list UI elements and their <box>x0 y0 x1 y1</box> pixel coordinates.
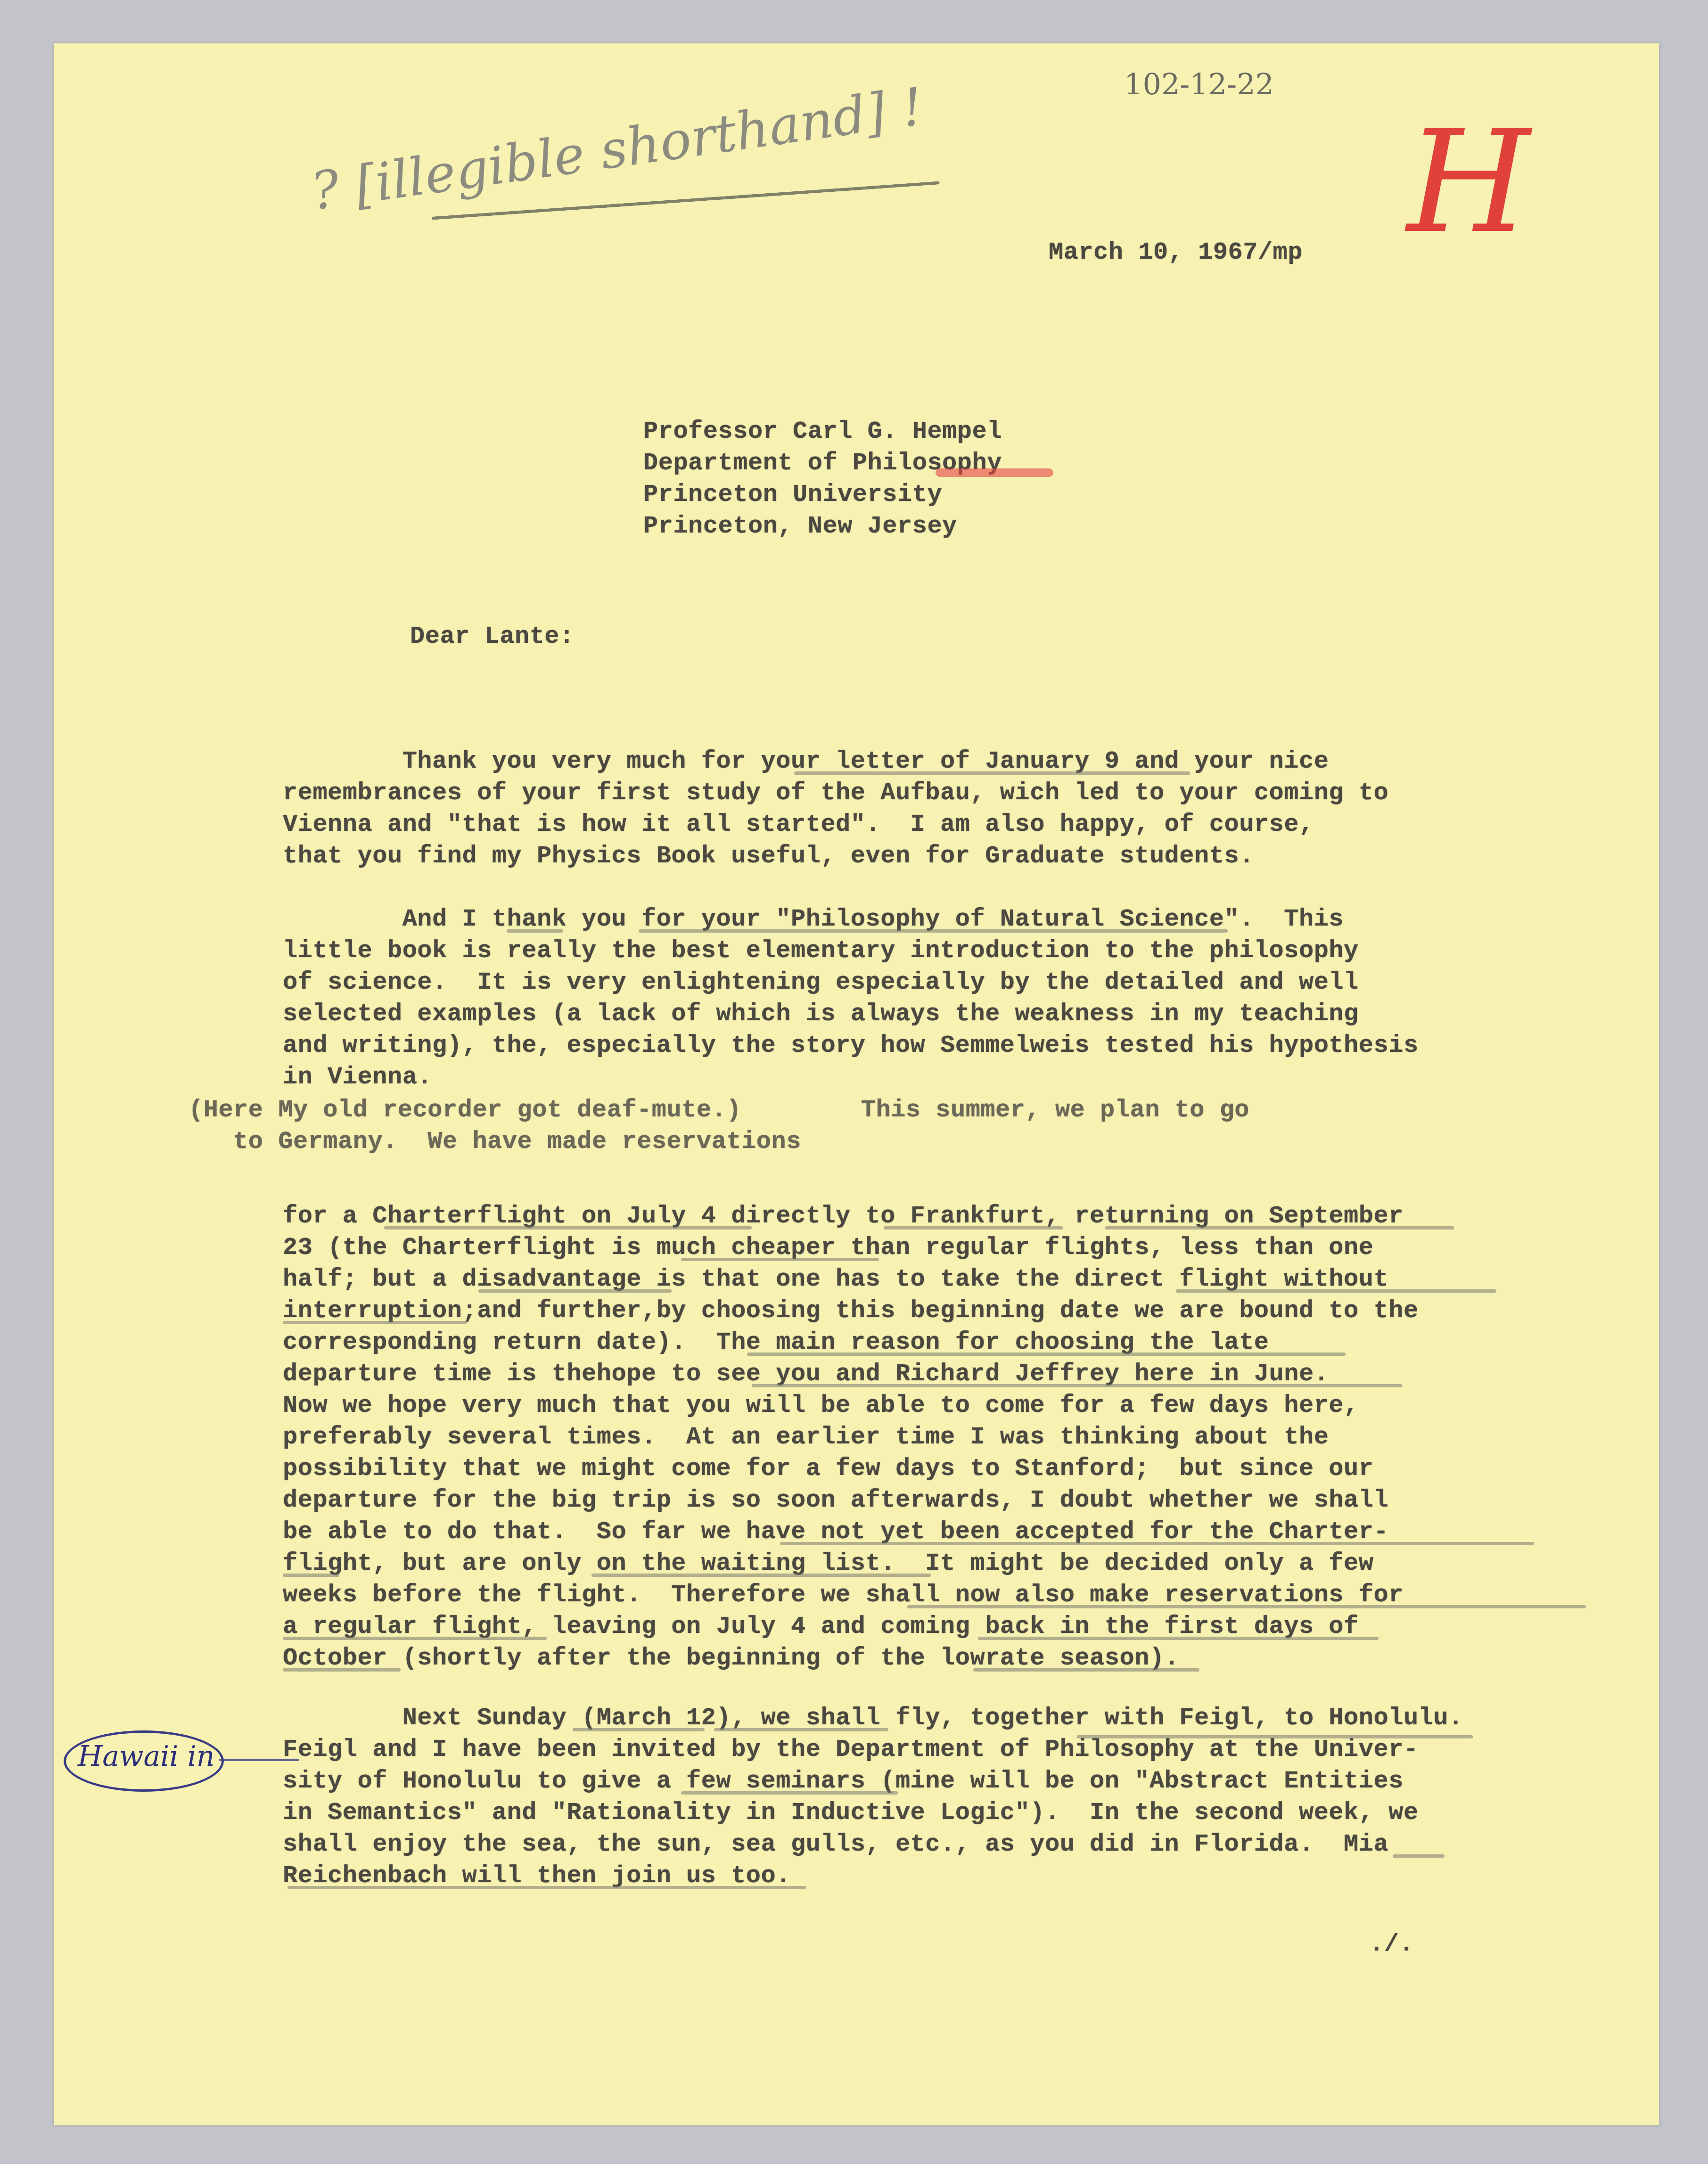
pencil-underline <box>973 1668 1199 1672</box>
margin-note-connector <box>219 1759 299 1761</box>
margin-note-text: Hawaii in <box>78 1740 215 1773</box>
red-letter-mark: H <box>1407 100 1530 264</box>
recipient-line-4: Princeton, New Jersey <box>643 510 957 542</box>
pencil-underline <box>794 771 1190 775</box>
paragraph-line: remembrances of your first study of the … <box>283 777 1388 809</box>
pencil-underline <box>747 1352 1346 1356</box>
pencil-underline <box>283 1321 467 1324</box>
pencil-underline <box>478 1289 672 1293</box>
salutation: Dear Lante: <box>410 621 575 652</box>
pencil-underline <box>639 929 1228 933</box>
pencil-underline <box>1105 1226 1454 1230</box>
paragraph-line: departure for the big trip is so soon af… <box>283 1484 1388 1516</box>
pencil-underline <box>714 1728 888 1731</box>
pencil-underline <box>1077 1735 1473 1738</box>
paragraph-line: in Semantics" and "Rationality in Induct… <box>283 1797 1419 1828</box>
paragraph-line: to Germany. We have made reservations <box>189 1126 801 1157</box>
paragraph-line: shall enjoy the sea, the sun, sea gulls,… <box>283 1828 1388 1860</box>
date-line: March 10, 1967/mp <box>1049 237 1303 268</box>
recipient-line-1: Professor Carl G. Hempel <box>643 416 1002 447</box>
letter-page: ? [illegible shorthand] ! 102-12-22 H Ma… <box>54 43 1659 2125</box>
pencil-underline <box>681 1791 898 1795</box>
pencil-underline <box>384 1226 752 1230</box>
pencil-underline <box>573 1728 705 1731</box>
paragraph-line: Vienna and "that is how it all started".… <box>283 809 1314 840</box>
pencil-underline <box>1393 1854 1445 1858</box>
recipient-line-3: Princeton University <box>643 479 942 510</box>
pencil-underline <box>907 1605 1586 1608</box>
paragraph-line: possibility that we might come for a few… <box>283 1453 1373 1484</box>
paragraph-line: that you find my Physics Book useful, ev… <box>283 840 1254 872</box>
pencil-underline <box>507 929 563 933</box>
paragraph-line: little book is really the best elementar… <box>283 935 1359 967</box>
archive-number: 102-12-22 <box>1124 67 1274 101</box>
pencil-underline <box>287 1886 806 1889</box>
paragraph-line: (Here My old recorder got deaf-mute.) Th… <box>189 1094 1249 1126</box>
pencil-underline <box>681 1258 879 1261</box>
paragraph-line: of science. It is very enlightening espe… <box>283 967 1359 998</box>
paragraph-line: and writing), the, especially the story … <box>283 1030 1419 1061</box>
paragraph-line: in Vienna. <box>283 1061 432 1093</box>
pencil-underline <box>780 1542 1534 1545</box>
pencil-underline <box>884 1226 1063 1230</box>
paragraph-line: preferably several times. At an earlier … <box>283 1421 1329 1453</box>
continuation-mark: ./. <box>1369 1928 1414 1960</box>
pencil-underline <box>591 1574 931 1577</box>
pencil-scribble-annotation: ? [illegible shorthand] ! <box>307 76 927 222</box>
paragraph-line: Feigl and I have been invited by the Dep… <box>283 1734 1419 1765</box>
paragraph-line: selected examples (a lack of which is al… <box>283 998 1359 1030</box>
pencil-underline <box>978 1637 1379 1640</box>
pencil-underline <box>752 1384 1402 1387</box>
pencil-underline <box>283 1637 547 1640</box>
paragraph-line: Now we hope very much that you will be a… <box>283 1390 1359 1421</box>
pencil-underline <box>283 1668 401 1672</box>
pencil-underline <box>1176 1289 1496 1293</box>
red-underline-hempel <box>936 468 1053 477</box>
pencil-underline <box>283 1574 339 1577</box>
